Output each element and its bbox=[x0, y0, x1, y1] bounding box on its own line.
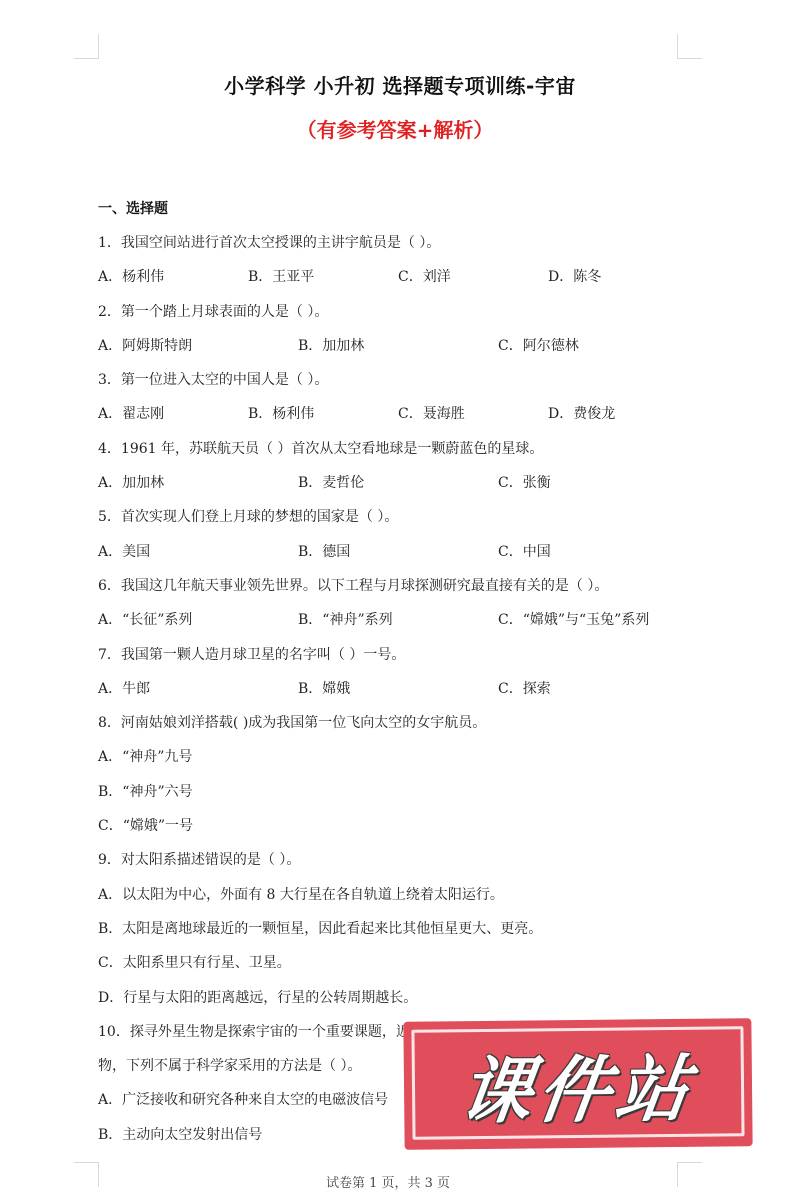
page-corner-mark-top-right bbox=[677, 34, 702, 59]
option-a: A．杨利伟 bbox=[98, 265, 248, 299]
question-list: 一、选择题 1．我国空间站进行首次太空授课的主讲宇航员是（ ）。 A．杨利伟 B… bbox=[98, 197, 698, 1157]
option-c: C．“嫦娥”与“玉兔”系列 bbox=[498, 608, 698, 642]
option-c: C．中国 bbox=[498, 540, 698, 574]
option-b: B．太阳是离地球最近的一颗恒星，因此看起来比其他恒星更大、更亮。 bbox=[98, 917, 698, 951]
option-b: B．德国 bbox=[298, 540, 498, 574]
option-a: A．美国 bbox=[98, 540, 298, 574]
watermark-text: 课件站 bbox=[454, 1031, 702, 1138]
section-heading: 一、选择题 bbox=[98, 197, 698, 221]
options-row: A．杨利伟 B．王亚平 C．刘洋 D．陈冬 bbox=[98, 265, 698, 299]
document-title: 小学科学 小升初 选择题专项训练-宇宙 bbox=[0, 70, 800, 99]
option-a: A．“长征”系列 bbox=[98, 608, 298, 642]
question-stem: 5．首次实现人们登上月球的梦想的国家是（ ）。 bbox=[98, 505, 698, 539]
document-subtitle: （有参考答案+解析） bbox=[0, 114, 790, 143]
option-d: D．行星与太阳的距离越远，行星的公转周期越长。 bbox=[98, 986, 698, 1020]
option-c: C．探索 bbox=[498, 677, 698, 711]
question-stem: 6．我国这几年航天事业领先世界。以下工程与月球探测研究最直接有关的是（ ）。 bbox=[98, 574, 698, 608]
question-stem: 2．第一个踏上月球表面的人是（ ）。 bbox=[98, 300, 698, 334]
option-b: B．加加林 bbox=[298, 334, 498, 368]
watermark-stamp: 课件站 bbox=[403, 1018, 752, 1150]
option-c: C．“嫦娥”一号 bbox=[98, 814, 698, 848]
question-stem: 3．第一位进入太空的中国人是（ ）。 bbox=[98, 368, 698, 402]
options-row: A．美国 B．德国 C．中国 bbox=[98, 540, 698, 574]
option-a: A．以太阳为中心，外面有 8 大行星在各自轨道上绕着太阳运行。 bbox=[98, 883, 698, 917]
option-d: D．陈冬 bbox=[548, 265, 698, 299]
question-stem: 8．河南姑娘刘洋搭载( )成为我国第一位飞向太空的女宇航员。 bbox=[98, 711, 698, 745]
question-stem: 4．1961 年，苏联航天员（ ）首次从太空看地球是一颗蔚蓝色的星球。 bbox=[98, 437, 698, 471]
option-a: A．牛郎 bbox=[98, 677, 298, 711]
option-a: A．加加林 bbox=[98, 471, 298, 505]
option-b: B．嫦娥 bbox=[298, 677, 498, 711]
options-row: A．阿姆斯特朗 B．加加林 C．阿尔德林 bbox=[98, 334, 698, 368]
option-c: C．张衡 bbox=[498, 471, 698, 505]
option-a: A．翟志刚 bbox=[98, 402, 248, 436]
options-row: A．加加林 B．麦哲伦 C．张衡 bbox=[98, 471, 698, 505]
options-row: A．牛郎 B．嫦娥 C．探索 bbox=[98, 677, 698, 711]
option-c: C．刘洋 bbox=[398, 265, 548, 299]
option-a: A．“神舟”九号 bbox=[98, 745, 698, 779]
option-c: C．阿尔德林 bbox=[498, 334, 698, 368]
option-b: B．杨利伟 bbox=[248, 402, 398, 436]
option-d: D．费俊龙 bbox=[548, 402, 698, 436]
options-row: A．“长征”系列 B．“神舟”系列 C．“嫦娥”与“玉兔”系列 bbox=[98, 608, 698, 642]
page-footer: 试卷第 1 页，共 3 页 bbox=[0, 1172, 776, 1191]
option-c: C．太阳系里只有行星、卫星。 bbox=[98, 951, 698, 985]
option-a: A．阿姆斯特朗 bbox=[98, 334, 298, 368]
options-row: A．翟志刚 B．杨利伟 C．聂海胜 D．费俊龙 bbox=[98, 402, 698, 436]
option-b: B．王亚平 bbox=[248, 265, 398, 299]
option-c: C．聂海胜 bbox=[398, 402, 548, 436]
question-stem: 7．我国第一颗人造月球卫星的名字叫（ ）一号。 bbox=[98, 643, 698, 677]
question-stem: 1．我国空间站进行首次太空授课的主讲宇航员是（ ）。 bbox=[98, 231, 698, 265]
option-b: B．“神舟”系列 bbox=[298, 608, 498, 642]
question-stem: 9．对太阳系描述错误的是（ ）。 bbox=[98, 848, 698, 882]
option-b: B．麦哲伦 bbox=[298, 471, 498, 505]
page-corner-mark-top-left bbox=[74, 34, 99, 59]
option-b: B．“神舟”六号 bbox=[98, 780, 698, 814]
